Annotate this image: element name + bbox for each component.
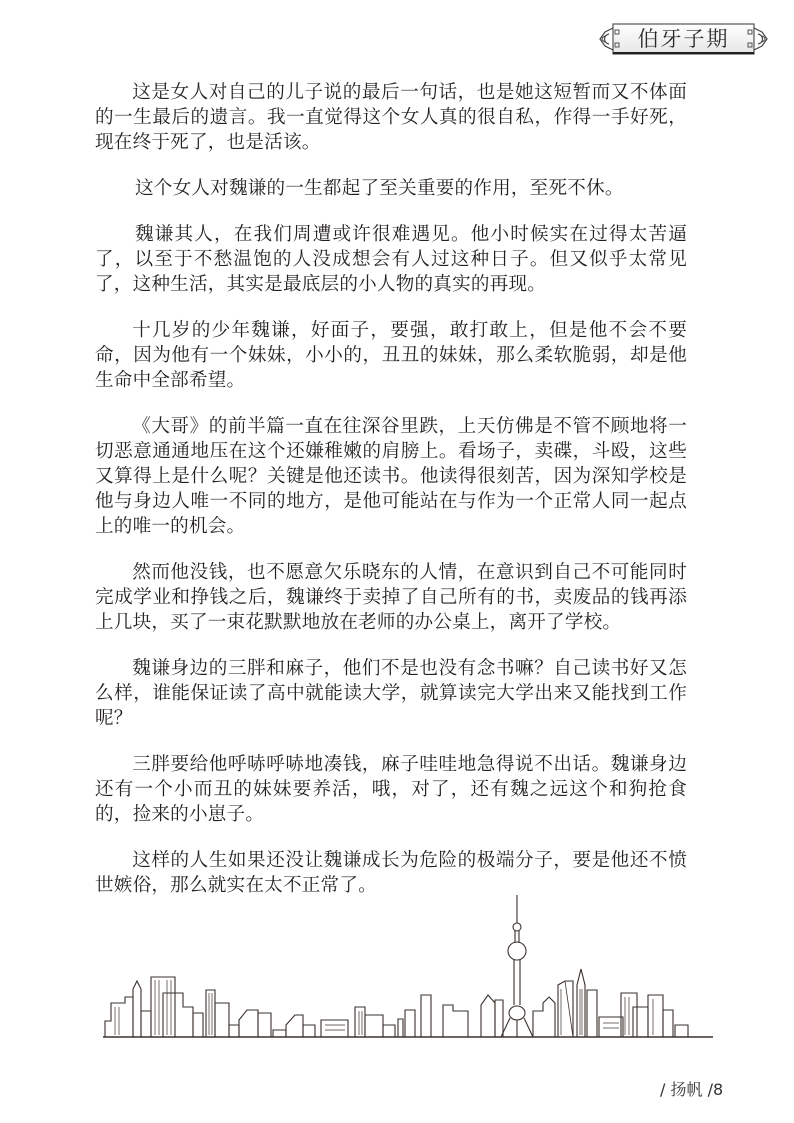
paragraph: 然而他没钱，也不愿意欠乐晓东的人情，在意识到自己不可能同时完成学业和挣钱之后，魏… — [95, 560, 687, 635]
header-badge: 伯牙子期 — [597, 22, 770, 56]
article-body: 这是女人对自己的儿子说的最后一句话，也是她这短暂而又不体面的一生最后的遗言。我一… — [95, 80, 687, 919]
paragraph: 十几岁的少年魏谦，好面子，要强，敢打敢上，但是他不会不要命，因为他有一个妹妹，小… — [95, 318, 687, 393]
paragraph: 魏谦其人，在我们周遭或许很难遇见。他小时候实在过得太苦逼了，以至于不愁温饱的人没… — [95, 222, 687, 297]
paragraph: 《大哥》的前半篇一直在往深谷里跌，上天仿佛是不管不顾地将一切恶意通通地压在这个还… — [95, 414, 687, 539]
paragraph: 这是女人对自己的儿子说的最后一句话，也是她这短暂而又不体面的一生最后的遗言。我一… — [95, 80, 687, 155]
page-footer: / 扬帆 /8 — [660, 1077, 723, 1100]
city-skyline-icon — [103, 885, 713, 1040]
city-skyline-illustration — [103, 885, 713, 1040]
header-title: 伯牙子期 — [597, 22, 770, 56]
paragraph: 三胖要给他呼哧呼哧地凑钱，麻子哇哇地急得说不出话。魏谦身边还有一个小而丑的妹妹要… — [95, 752, 687, 827]
paragraph: 魏谦身边的三胖和麻子，他们不是也没有念书嘛？自己读书好又怎么样，谁能保证读了高中… — [95, 656, 687, 731]
paragraph: 这个女人对魏谦的一生都起了至关重要的作用，至死不休。 — [95, 176, 687, 201]
